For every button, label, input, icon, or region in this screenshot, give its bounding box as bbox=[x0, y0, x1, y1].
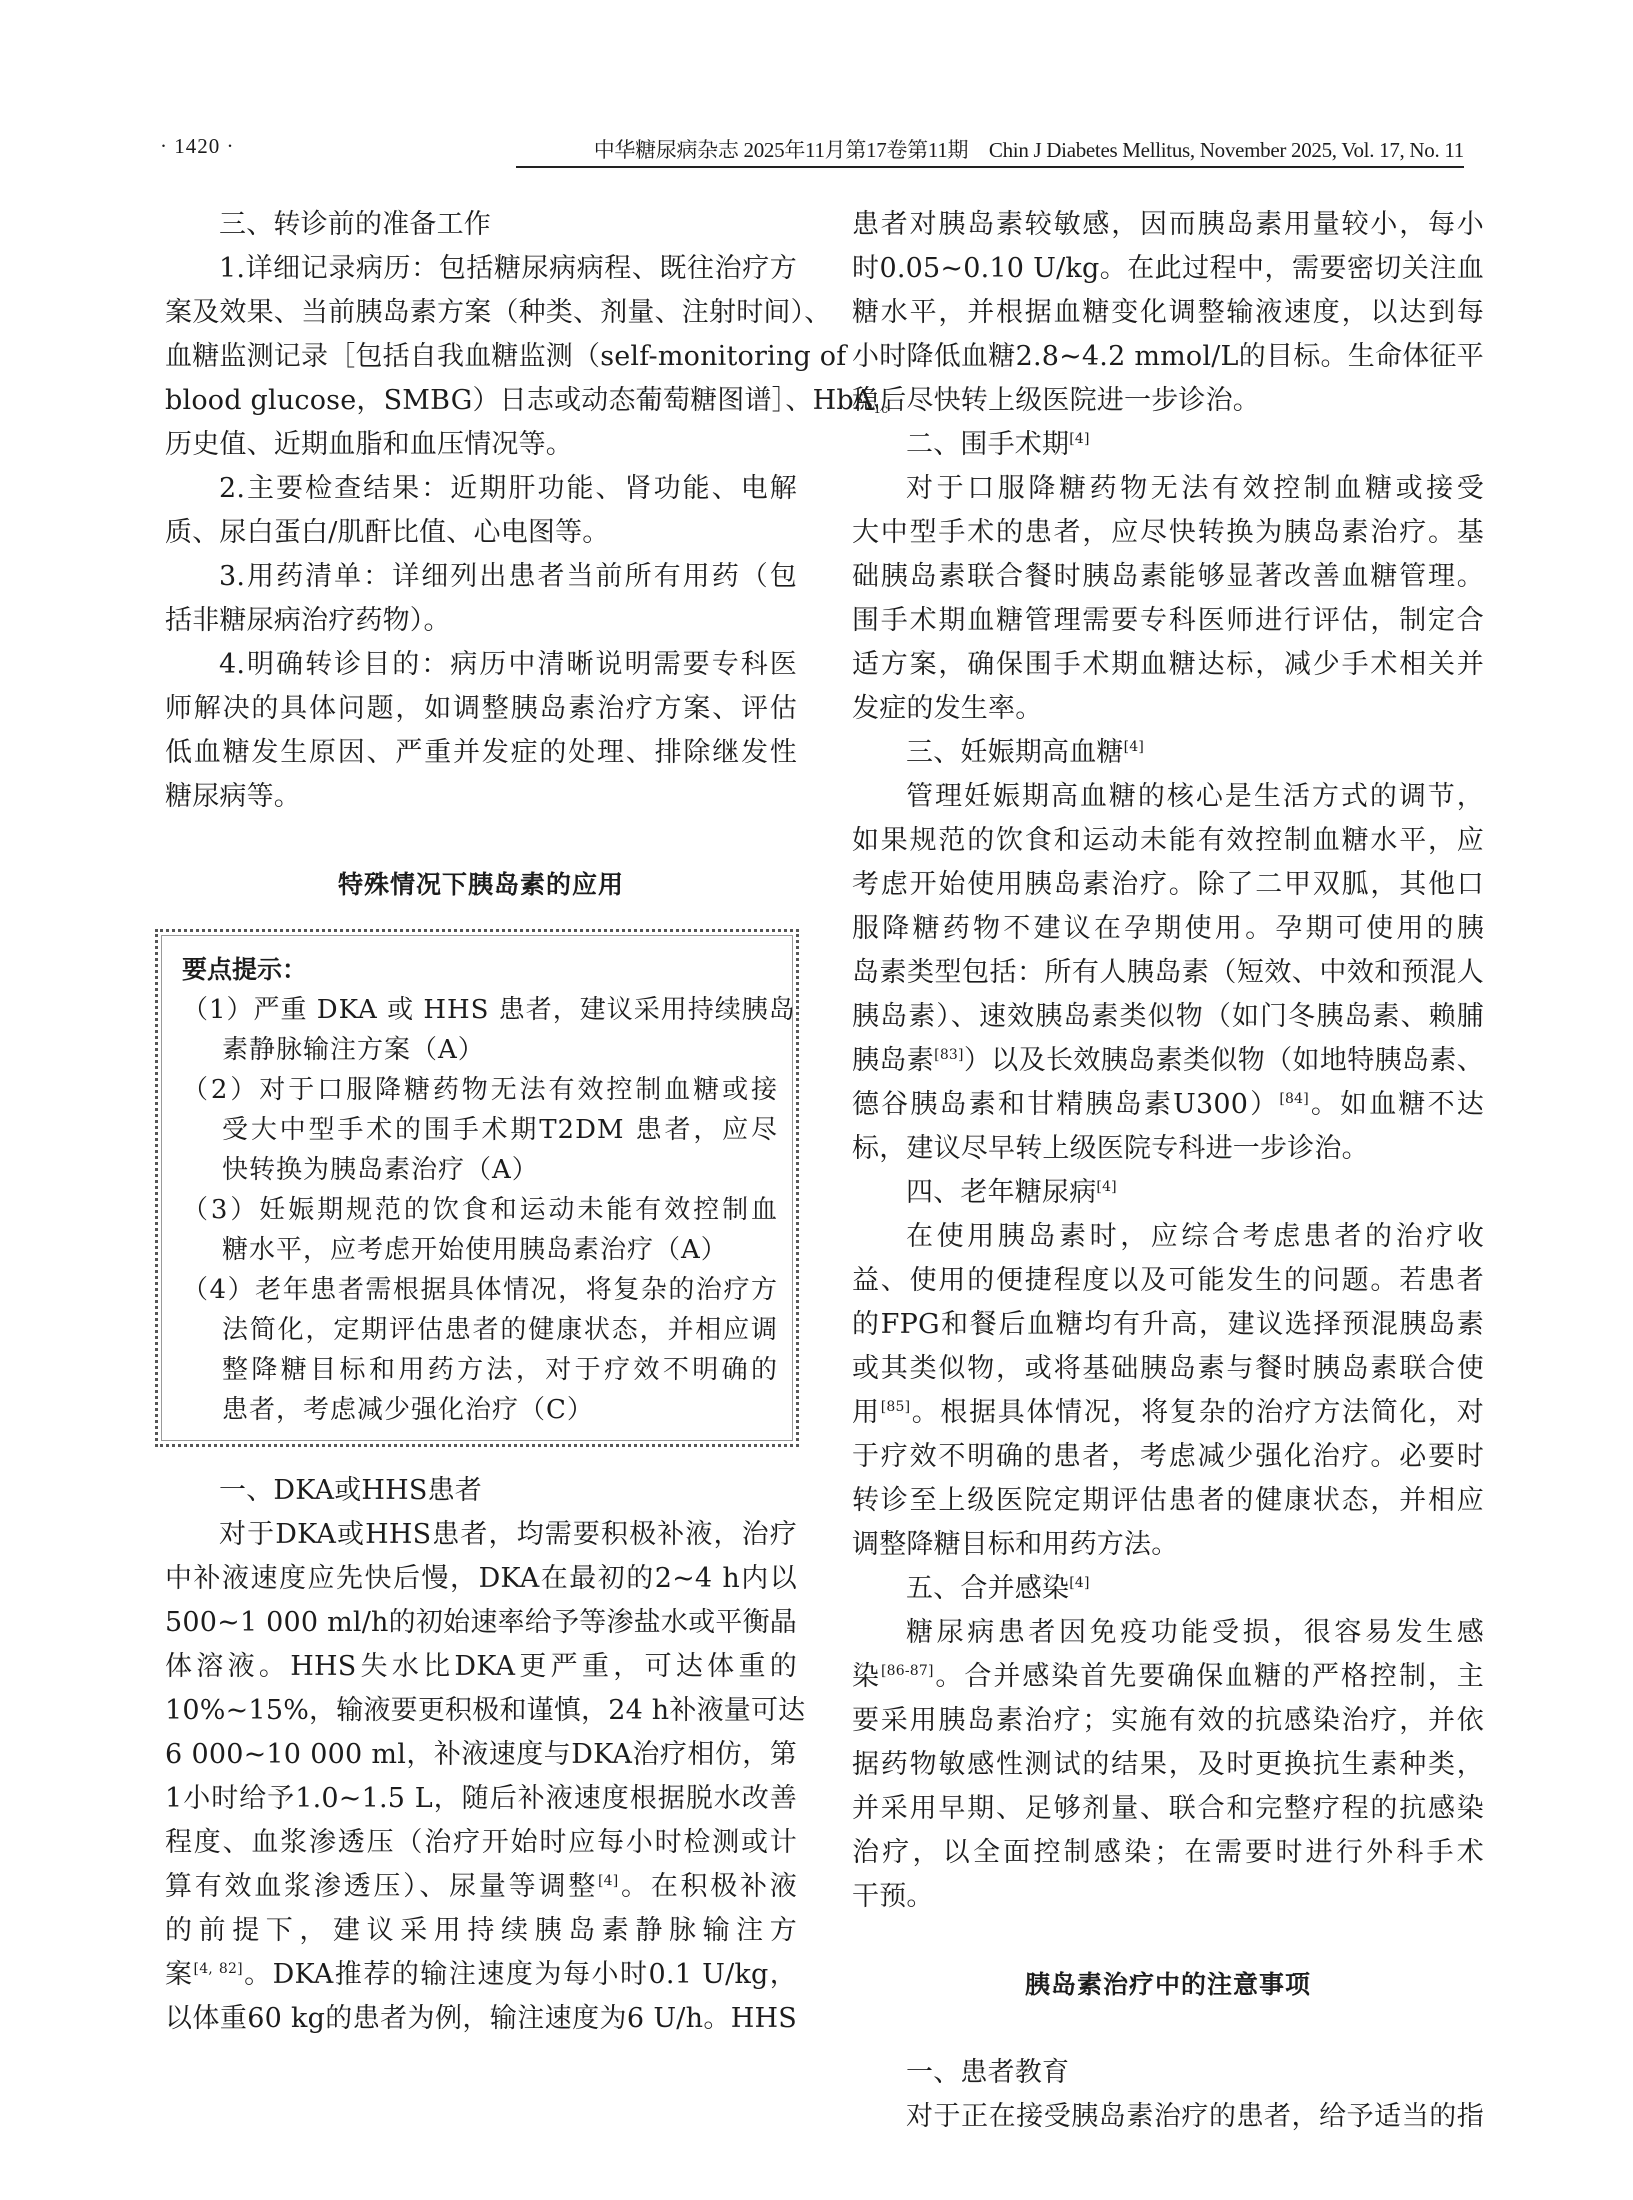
paragraph-line: 4.明确转诊目的：病历中清晰说明需要专科医 bbox=[165, 643, 797, 687]
paragraph-line: 患者对胰岛素较敏感，因而胰岛素用量较小，每小 bbox=[852, 203, 1484, 247]
spacer bbox=[852, 2007, 1484, 2051]
paragraph-line: 要采用胰岛素治疗；实施有效的抗感染治疗，并依 bbox=[852, 1699, 1484, 1743]
header-rule bbox=[516, 166, 1464, 168]
paragraph-line: 发症的发生率。 bbox=[852, 687, 1484, 731]
key-point-line: （3）妊娠期规范的饮食和运动未能有效控制血 bbox=[182, 1190, 778, 1230]
key-point-line: 受大中型手术的围手术期T2DM 患者，应尽 bbox=[182, 1110, 778, 1150]
paragraph-line: 如果规范的饮食和运动未能有效控制血糖水平，应 bbox=[852, 819, 1484, 863]
paragraph-line: 干预。 bbox=[852, 1875, 1484, 1919]
paragraph-line: 围手术期血糖管理需要专科医师进行评估，制定合 bbox=[852, 599, 1484, 643]
paragraph-line: 稳后尽快转上级医院进一步诊治。 bbox=[852, 379, 1484, 423]
citation-ref[interactable]: [84] bbox=[1279, 1091, 1309, 1107]
paragraph-line: 中补液速度应先快后慢，DKA在最初的2~4 h内以 bbox=[165, 1557, 797, 1601]
paragraph-line: 6 000~10 000 ml，补液速度与DKA治疗相仿，第 bbox=[165, 1733, 797, 1777]
paragraph-line: 体溶液。HHS失水比DKA更严重，可达体重的 bbox=[165, 1645, 797, 1689]
paragraph-line: 师解决的具体问题，如调整胰岛素治疗方案、评估 bbox=[165, 687, 797, 731]
paragraph-line: 的前提下，建议采用持续胰岛素静脉输注方 bbox=[165, 1909, 797, 1953]
spacer bbox=[852, 1919, 1484, 1963]
spacer bbox=[165, 819, 797, 863]
key-point-line: 法简化，定期评估患者的健康状态，并相应调 bbox=[182, 1310, 778, 1350]
paragraph-line: 于疗效不明确的患者，考虑减少强化治疗。必要时 bbox=[852, 1435, 1484, 1479]
paragraph-line: 据药物敏感性测试的结果，及时更换抗生素种类， bbox=[852, 1743, 1484, 1787]
paragraph-line: 历史值、近期血脂和血压情况等。 bbox=[165, 423, 797, 467]
paragraph-line: 岛素类型包括：所有人胰岛素（短效、中效和预混人 bbox=[852, 951, 1484, 995]
paragraph-line: 对于正在接受胰岛素治疗的患者，给予适当的指 bbox=[852, 2095, 1484, 2139]
paragraph-line: 质、尿白蛋白/肌酐比值、心电图等。 bbox=[165, 511, 797, 555]
paragraph-line: 益、使用的便捷程度以及可能发生的问题。若患者 bbox=[852, 1259, 1484, 1303]
citation-ref[interactable]: [86-87] bbox=[881, 1663, 934, 1679]
citation-ref[interactable]: [85] bbox=[881, 1399, 911, 1415]
journal-citation: 中华糖尿病杂志 2025年11月第17卷第11期 Chin J Diabetes… bbox=[594, 134, 1464, 164]
section-heading-elderly: 四、老年糖尿病[4] bbox=[852, 1171, 1484, 1215]
paragraph-line: 考虑开始使用胰岛素治疗。除了二甲双胍，其他口 bbox=[852, 863, 1484, 907]
paragraph-line: 糖尿病患者因免疫功能受损，很容易发生感 bbox=[852, 1611, 1484, 1655]
key-point-line: 糖水平，应考虑开始使用胰岛素治疗（A） bbox=[182, 1230, 778, 1270]
key-points-title: 要点提示： bbox=[182, 950, 778, 990]
paragraph-line: 标，建议尽早转上级医院专科进一步诊治。 bbox=[852, 1127, 1484, 1171]
paragraph-line: 1.详细记录病历：包括糖尿病病程、既往治疗方 bbox=[165, 247, 797, 291]
paragraph-line: 500~1 000 ml/h的初始速率给予等渗盐水或平衡晶 bbox=[165, 1601, 797, 1645]
key-point-line: 患者，考虑减少强化治疗（C） bbox=[182, 1390, 778, 1430]
key-point-line: （4）老年患者需根据具体情况，将复杂的治疗方 bbox=[182, 1270, 778, 1310]
paragraph-line: blood glucose，SMBG）日志或动态葡萄糖图谱］、HbA1c bbox=[165, 379, 797, 423]
paragraph-line: 础胰岛素联合餐时胰岛素能够显著改善血糖管理。 bbox=[852, 555, 1484, 599]
paragraph-line: 小时降低血糖2.8~4.2 mmol/L的目标。生命体征平 bbox=[852, 335, 1484, 379]
running-header: · 1420 · 中华糖尿病杂志 2025年11月第17卷第11期 Chin J… bbox=[148, 128, 1464, 164]
paragraph-line: 低血糖发生原因、严重并发症的处理、排除继发性 bbox=[165, 731, 797, 775]
page-number: · 1420 · bbox=[160, 134, 235, 159]
paragraph-line: 德谷胰岛素和甘精胰岛素U300）[84]。如血糖不达 bbox=[852, 1083, 1484, 1127]
paragraph-line: 对于DKA或HHS患者，均需要积极补液，治疗 bbox=[165, 1513, 797, 1557]
paragraph-line: 或其类似物，或将基础胰岛素与餐时胰岛素联合使 bbox=[852, 1347, 1484, 1391]
paragraph-line: 胰岛素）、速效胰岛素类似物（如门冬胰岛素、赖脯 bbox=[852, 995, 1484, 1039]
paragraph-line: 调整降糖目标和用药方法。 bbox=[852, 1523, 1484, 1567]
paragraph-line: 糖水平，并根据血糖变化调整输液速度，以达到每 bbox=[852, 291, 1484, 335]
citation-ref[interactable]: [4] bbox=[598, 1873, 618, 1889]
key-point-line: （2）对于口服降糖药物无法有效控制血糖或接 bbox=[182, 1070, 778, 1110]
paragraph-line: 10%~15%，输液要更积极和谨慎，24 h补液量可达 bbox=[165, 1689, 797, 1733]
key-point-line: 整降糖目标和用药方法，对于疗效不明确的 bbox=[182, 1350, 778, 1390]
paragraph-line: 1小时给予1.0~1.5 L，随后补液速度根据脱水改善 bbox=[165, 1777, 797, 1821]
paragraph-line: 用[85]。根据具体情况，将复杂的治疗方法简化，对 bbox=[852, 1391, 1484, 1435]
paragraph-line: 案[4, 82]。DKA推荐的输注速度为每小时0.1 U/kg， bbox=[165, 1953, 797, 1997]
paragraph-line: 适方案，确保围手术期血糖达标，减少手术相关并 bbox=[852, 643, 1484, 687]
key-point-line: 快转换为胰岛素治疗（A） bbox=[182, 1150, 778, 1190]
spacer bbox=[165, 907, 797, 929]
paragraph-line: 转诊至上级医院定期评估患者的健康状态，并相应 bbox=[852, 1479, 1484, 1523]
paragraph-line: 血糖监测记录［包括自我血糖监测（self-monitoring of bbox=[165, 335, 797, 379]
section-title-precautions: 胰岛素治疗中的注意事项 bbox=[852, 1963, 1484, 2007]
paragraph-line: 糖尿病等。 bbox=[165, 775, 797, 819]
paragraph-line: 的FPG和餐后血糖均有升高，建议选择预混胰岛素 bbox=[852, 1303, 1484, 1347]
right-column: 患者对胰岛素较敏感，因而胰岛素用量较小，每小 时0.05~0.10 U/kg。在… bbox=[852, 203, 1484, 2139]
paragraph-line: 胰岛素[83]）以及长效胰岛素类似物（如地特胰岛素、 bbox=[852, 1039, 1484, 1083]
paragraph-line: 染[86-87]。合并感染首先要确保血糖的严格控制，主 bbox=[852, 1655, 1484, 1699]
paragraph-line: 程度、血浆渗透压（治疗开始时应每小时检测或计 bbox=[165, 1821, 797, 1865]
section-heading-infection: 五、合并感染[4] bbox=[852, 1567, 1484, 1611]
paragraph-line: 治疗，以全面控制感染；在需要时进行外科手术 bbox=[852, 1831, 1484, 1875]
citation-ref[interactable]: [4] bbox=[1124, 739, 1144, 755]
paragraph-line: 以体重60 kg的患者为例，输注速度为6 U/h。HHS bbox=[165, 1997, 797, 2041]
citation-ref[interactable]: [4] bbox=[1069, 1575, 1089, 1591]
key-point-line: 素静脉输注方案（A） bbox=[182, 1030, 778, 1070]
key-point-line: （1）严重 DKA 或 HHS 患者，建议采用持续胰岛 bbox=[182, 990, 778, 1030]
section-heading-pregnancy: 三、妊娠期高血糖[4] bbox=[852, 731, 1484, 775]
paragraph-line: 时0.05~0.10 U/kg。在此过程中，需要密切关注血 bbox=[852, 247, 1484, 291]
paragraph-line: 3.用药清单：详细列出患者当前所有用药（包 bbox=[165, 555, 797, 599]
paragraph-line: 2.主要检查结果：近期肝功能、肾功能、电解 bbox=[165, 467, 797, 511]
paragraph-line: 对于口服降糖药物无法有效控制血糖或接受 bbox=[852, 467, 1484, 511]
spacer bbox=[165, 1447, 797, 1469]
section-heading-referral-prep: 三、转诊前的准备工作 bbox=[165, 203, 797, 247]
paragraph-line: 大中型手术的患者，应尽快转换为胰岛素治疗。基 bbox=[852, 511, 1484, 555]
section-heading-patient-education: 一、患者教育 bbox=[852, 2051, 1484, 2095]
paragraph-line: 案及效果、当前胰岛素方案（种类、剂量、注射时间）、 bbox=[165, 291, 797, 335]
paragraph-line: 算有效血浆渗透压）、尿量等调整[4]。在积极补液 bbox=[165, 1865, 797, 1909]
citation-ref[interactable]: [83] bbox=[934, 1047, 964, 1063]
citation-ref[interactable]: [4, 82] bbox=[194, 1961, 243, 1977]
key-points-box: 要点提示： （1）严重 DKA 或 HHS 患者，建议采用持续胰岛 素静脉输注方… bbox=[155, 929, 799, 1447]
section-title-special-cases: 特殊情况下胰岛素的应用 bbox=[165, 863, 797, 907]
section-heading-perioperative: 二、围手术期[4] bbox=[852, 423, 1484, 467]
paragraph-line: 服降糖药物不建议在孕期使用。孕期可使用的胰 bbox=[852, 907, 1484, 951]
paragraph-line: 括非糖尿病治疗药物）。 bbox=[165, 599, 797, 643]
citation-ref[interactable]: [4] bbox=[1096, 1179, 1116, 1195]
citation-ref[interactable]: [4] bbox=[1069, 431, 1089, 447]
paragraph-line: 管理妊娠期高血糖的核心是生活方式的调节， bbox=[852, 775, 1484, 819]
paragraph-line: 在使用胰岛素时，应综合考虑患者的治疗收 bbox=[852, 1215, 1484, 1259]
section-heading-dka-hhs: 一、DKA或HHS患者 bbox=[165, 1469, 797, 1513]
left-column: 三、转诊前的准备工作 1.详细记录病历：包括糖尿病病程、既往治疗方 案及效果、当… bbox=[165, 203, 797, 2041]
paragraph-line: 并采用早期、足够剂量、联合和完整疗程的抗感染 bbox=[852, 1787, 1484, 1831]
